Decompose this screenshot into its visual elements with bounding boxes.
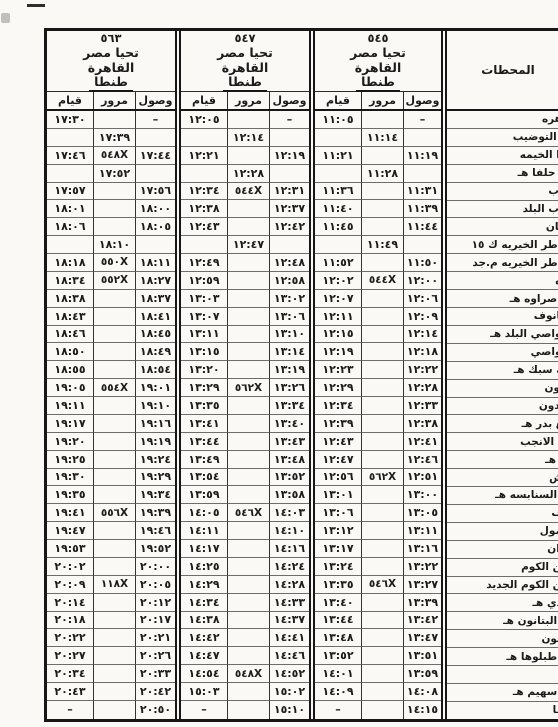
- arrive-time-cell: ١٨:٤٥: [136, 326, 175, 344]
- station-name: شما هـ: [545, 454, 558, 466]
- column-header-depart: قيام: [181, 92, 228, 109]
- station-row: كفر طبلوها هـ: [447, 648, 558, 666]
- arrive-time-cell: ١٤:٢٨: [270, 576, 309, 594]
- depart-time-cell: ١٣:٠٣: [181, 290, 228, 308]
- crossing-cell: [362, 504, 404, 522]
- depart-time-cell: [181, 236, 228, 254]
- arrive-time-cell: –: [404, 111, 441, 129]
- depart-time-cell: ١٧:٣٠: [47, 111, 94, 129]
- crossing-cell: ٥٥٢X: [94, 272, 136, 290]
- crossing-cell: ٥٥٤X: [94, 379, 136, 397]
- station-row: شلقان: [447, 218, 558, 236]
- train-header: ٥٤٥ تحيا مصر القاهرة طنطا: [315, 31, 441, 92]
- depart-time-cell: ١٣:٤٠: [315, 594, 362, 612]
- crossing-cell: [228, 254, 270, 272]
- crossing-cell: [362, 111, 404, 129]
- arrive-time-cell: ١٤:٠٣: [270, 504, 309, 522]
- depart-time-cell: ١٣:٢٩: [181, 379, 228, 397]
- arrive-time-cell: ١٢:٤٨: [270, 254, 309, 272]
- depart-time-cell: ١٩:٤١: [47, 504, 94, 522]
- depart-time-cell: ٢٠:١٤: [47, 594, 94, 612]
- scanned-timetable-page: ٥٦٣ تحيا مصر القاهرة طنطا قيام مرور وصول…: [0, 0, 558, 727]
- timetable-row: ١٤:٣٨١٤:٣٧: [181, 612, 309, 630]
- station-row: ميت حلفا هـ: [447, 165, 558, 183]
- arrive-time-cell: ١٤:٠٨: [404, 683, 441, 701]
- arrive-time-cell: ١٣:٤٧: [404, 629, 441, 647]
- timetable-row: ١٨:٤٦١٨:٤٥: [47, 326, 175, 344]
- crossing-cell: ١١:١٤: [362, 129, 404, 147]
- station-row: كفر السنابسه هـ: [447, 487, 558, 505]
- arrive-time-cell: ٢٠:٠٠: [136, 558, 175, 576]
- crossing-cell: [94, 558, 136, 576]
- subcolumn-headers: قيام مرور وصول: [47, 92, 175, 111]
- arrive-time-cell: ١٣:٢٦: [270, 379, 309, 397]
- train-header: ٥٤٧ تحيا مصر القاهرة طنطا: [181, 31, 309, 92]
- timetable-row: ١٩:٤٧١٩:٤٦: [47, 522, 175, 540]
- arrive-time-cell: [404, 165, 441, 183]
- timetable-row: ١١:٥٢١١:٥٠: [315, 254, 441, 272]
- crossing-cell: [228, 594, 270, 612]
- station-name: كفر السنابسه هـ: [495, 489, 558, 501]
- arrive-time-cell: ١١:٣٩: [404, 200, 441, 218]
- timetable-row: ١٢:٢١١٢:١٩: [181, 147, 309, 165]
- timetable: ٥٦٣ تحيا مصر القاهرة طنطا قيام مرور وصول…: [44, 28, 558, 722]
- station-row: القناطر الخيريه م.جد: [447, 254, 558, 272]
- timetable-row: ١٣:١٢١٣:١١: [315, 522, 441, 540]
- timetable-row: ٢٠:١٨٢٠:١٧: [47, 612, 175, 630]
- timetable-row: ١١:٠٥–: [315, 111, 441, 129]
- depart-time-cell: ١٣:٠٦: [315, 504, 362, 522]
- arrive-time-cell: ١٤:٤٦: [270, 647, 309, 665]
- timetable-row: ١٧:٤٦٥٤٨X١٧:٤٤: [47, 147, 175, 165]
- arrive-time-cell: ١٤:٥٢: [270, 665, 309, 683]
- depart-time-cell: ٢٠:٠٢: [47, 558, 94, 576]
- depart-time-cell: ١٢:٠٢: [315, 272, 362, 290]
- arrive-time-cell: ١٢:٥١: [404, 469, 441, 487]
- crossing-cell: [94, 415, 136, 433]
- arrive-time-cell: ١٤:٣٧: [270, 612, 309, 630]
- timetable-row: ١٨:٠١١٨:٠٠: [47, 200, 175, 218]
- timetable-row: ١٢:١٩١٢:١٨: [315, 343, 441, 361]
- depart-time-cell: ١٢:٢١: [181, 147, 228, 165]
- station-row: الحلواصي: [447, 344, 558, 362]
- station-row: القناطر الخيريه ك ١٥: [447, 236, 558, 254]
- crossing-cell: [228, 433, 270, 451]
- station-row: منوش: [447, 469, 558, 487]
- depart-time-cell: [315, 236, 362, 254]
- subcolumn-headers: قيام مرور وصول: [315, 92, 441, 111]
- station-name: سمادون: [539, 400, 558, 412]
- arrive-time-cell: ١٣:١٠: [270, 326, 309, 344]
- depart-time-cell: ١٩:٣٠: [47, 469, 94, 487]
- timetable-row: ١١:٤٩: [315, 236, 441, 254]
- depart-time-cell: ١٨:٣٤: [47, 272, 94, 290]
- column-header-pass: مرور: [94, 92, 136, 109]
- crossing-cell: [228, 111, 270, 129]
- train-name: تحيا مصر: [83, 45, 139, 60]
- arrive-time-cell: ٢٠:٣٣: [136, 665, 175, 683]
- depart-time-cell: ١٩:٢٥: [47, 451, 94, 469]
- arrive-time-cell: ١٤:٣٣: [270, 594, 309, 612]
- crossing-cell: [362, 415, 404, 433]
- depart-time-cell: ١٣:٤٤: [315, 612, 362, 630]
- arrive-time-cell: [404, 236, 441, 254]
- timetable-row: ١٣:٥٤١٣:٥٢: [181, 469, 309, 487]
- train-column-545: ٥٤٥ تحيا مصر القاهرة طنطا قيام مرور وصول…: [315, 31, 447, 719]
- depart-time-cell: ١٣:٠١: [315, 486, 362, 504]
- timetable-row: ١٤:٣٤١٤:٣٣: [181, 594, 309, 612]
- crossing-cell: ١٨:١٠: [94, 236, 136, 254]
- arrive-time-cell: ١٢:٤١: [404, 433, 441, 451]
- crossing-cell: [228, 290, 270, 308]
- depart-time-cell: ١٩:٠٥: [47, 379, 94, 397]
- depart-time-cell: ١٣:٥٤: [181, 469, 228, 487]
- depart-time-cell: ٢٠:١٨: [47, 612, 94, 630]
- station-name: قليوب البلد: [523, 203, 558, 215]
- depart-time-cell: ١٤:٢٥: [181, 558, 228, 576]
- crossing-cell: ٥٦٢X: [228, 379, 270, 397]
- depart-time-cell: [181, 129, 228, 147]
- depart-time-cell: ١٤:٢٩: [181, 576, 228, 594]
- crossing-cell: [228, 415, 270, 433]
- depart-time-cell: [47, 236, 94, 254]
- timetable-row: ٢٠:٠٩١١٨X٢٠:٠٥: [47, 576, 175, 594]
- depart-time-cell: ١٣:٤٩: [181, 451, 228, 469]
- depart-time-cell: ١٤:٠٥: [181, 504, 228, 522]
- station-name: شبين الكوم: [521, 561, 558, 573]
- depart-time-cell: [181, 165, 228, 183]
- crossing-cell: [94, 433, 136, 451]
- depart-time-cell: ١٩:٥٣: [47, 540, 94, 558]
- station-name: القاهره: [542, 113, 558, 125]
- depart-time-cell: ١٤:١١: [181, 522, 228, 540]
- station-row: الحلواصي البلد هـ: [447, 326, 558, 344]
- depart-time-cell: ١٣:٤٨: [315, 629, 362, 647]
- crossing-cell: [94, 540, 136, 558]
- arrive-time-cell: ١٣:٢٧: [404, 576, 441, 594]
- crossing-cell: ٥٥٦X: [94, 504, 136, 522]
- depart-time-cell: ١٣:٥٩: [181, 486, 228, 504]
- train-destination: طنطا: [223, 75, 267, 92]
- arrive-time-cell: ١٣:١٤: [270, 343, 309, 361]
- crossing-cell: [228, 218, 270, 236]
- timetable-row: ١٩:٣٠١٩:٢٩: [47, 469, 175, 487]
- timetable-row: ١٢:٠٢٥٤٤X١٢:٠٠: [315, 272, 441, 290]
- depart-time-cell: –: [315, 701, 362, 719]
- arrive-time-cell: ١٢:١٨: [404, 343, 441, 361]
- depart-time-cell: ١٣:٣٥: [315, 576, 362, 594]
- column-header-arrive: وصول: [270, 92, 309, 109]
- depart-time-cell: ١٤:٠٩: [315, 683, 362, 701]
- arrive-time-cell: ١٣:١٦: [404, 540, 441, 558]
- timetable-row: ٢٠:١٤٢٠:١٢: [47, 594, 175, 612]
- depart-time-cell: ١٢:١٩: [315, 343, 362, 361]
- crossing-cell: [362, 683, 404, 701]
- timetable-row: ١٤:٤٢١٤:٤١: [181, 629, 309, 647]
- station-row: قليوب البلد: [447, 201, 558, 219]
- crossing-cell: [94, 308, 136, 326]
- crossing-cell: [362, 451, 404, 469]
- depart-time-cell: ١٣:١١: [181, 326, 228, 344]
- crossing-cell: [228, 522, 270, 540]
- depart-time-cell: ١٨:٥٥: [47, 361, 94, 379]
- crossing-cell: [362, 218, 404, 236]
- arrive-time-cell: ١٧:٥٦: [136, 183, 175, 201]
- arrive-time-cell: ١٢:٣٧: [270, 200, 309, 218]
- arrive-time-cell: ١٤:٤١: [270, 629, 309, 647]
- arrive-time-cell: ١٢:٥٨: [270, 272, 309, 290]
- train-origin: القاهرة: [222, 60, 269, 75]
- crossing-cell: ٥٦٢X: [362, 469, 404, 487]
- timetable-row: ١٩:٣٥١٩:٣٤: [47, 486, 175, 504]
- crossing-cell: [228, 612, 270, 630]
- arrive-time-cell: ١٨:٤٩: [136, 343, 175, 361]
- crossing-cell: ١٢:٤٧: [228, 236, 270, 254]
- timetable-row: ١٣:٣٥٥٤٦X١٣:٢٧: [315, 576, 441, 594]
- depart-time-cell: ١٨:٠٦: [47, 218, 94, 236]
- arrive-time-cell: ١٢:١٤: [404, 326, 441, 344]
- column-header-depart: قيام: [47, 92, 94, 109]
- depart-time-cell: ١١:٣٦: [315, 183, 362, 201]
- arrive-time-cell: ٢٠:٢٦: [136, 647, 175, 665]
- arrive-time-cell: ١١:٣١: [404, 183, 441, 201]
- depart-time-cell: ١٢:٣٨: [181, 200, 228, 218]
- train-number: ٥٤٥: [367, 31, 388, 45]
- crossing-cell: [228, 486, 270, 504]
- depart-time-cell: ١٥:٠٣: [181, 683, 228, 701]
- timetable-row: ١١:٤٥١١:٤٤: [315, 218, 441, 236]
- depart-time-cell: ١٢:٤٣: [181, 218, 228, 236]
- station-name: الحلواصي: [531, 346, 558, 358]
- timetable-row: –١٥:١٠: [181, 701, 309, 719]
- arrive-time-cell: ٢٠:٠٥: [136, 576, 175, 594]
- arrive-time-cell: ١٨:٣٧: [136, 290, 175, 308]
- timetable-row: ٢٠:٠٢٢٠:٠٠: [47, 558, 175, 576]
- crossing-cell: [362, 308, 404, 326]
- depart-time-cell: [47, 129, 94, 147]
- timetable-row: ١٩:١١١٩:١٠: [47, 397, 175, 415]
- crossing-cell: [362, 254, 404, 272]
- timetable-row: ١١:٢١١١:١٩: [315, 147, 441, 165]
- crossing-cell: [362, 290, 404, 308]
- crossing-cell: [362, 486, 404, 504]
- timetable-row: ١١:٣٦١١:٣١: [315, 183, 441, 201]
- train-name: تحيا مصر: [217, 45, 273, 60]
- crossing-cell: [362, 665, 404, 683]
- arrive-time-cell: ١٣:٠٠: [404, 486, 441, 504]
- timetable-row: ١٣:٥٩١٣:٥٨: [181, 486, 309, 504]
- depart-time-cell: ١٨:١٨: [47, 254, 94, 272]
- arrive-time-cell: ١٣:١٩: [270, 361, 309, 379]
- station-name: شلقان: [546, 221, 558, 233]
- timetable-row: ١٣:٠١١٣:٠٠: [315, 486, 441, 504]
- arrive-time-cell: ١٢:٤٦: [404, 451, 441, 469]
- train-number: ٥٦٣: [100, 31, 121, 45]
- crossing-cell: [94, 486, 136, 504]
- station-row: شنوان: [447, 541, 558, 559]
- depart-time-cell: ١٢:٥٩: [181, 272, 228, 290]
- depart-time-cell: ١١:٥٢: [315, 254, 362, 272]
- scan-mark: [27, 4, 45, 7]
- arrive-time-cell: ١٨:٢٧: [136, 272, 175, 290]
- station-name: كفر سهيم هـ: [513, 686, 558, 698]
- timetable-row: ١٣:٤١١٣:٤٠: [181, 415, 309, 433]
- depart-time-cell: [47, 165, 94, 183]
- depart-time-cell: ١٢:٣٤: [315, 397, 362, 415]
- arrive-time-cell: ١٤:١٠: [270, 522, 309, 540]
- depart-time-cell: ١٧:٥٧: [47, 183, 94, 201]
- timetable-row: ١٢:١١١٢:٠٩: [315, 308, 441, 326]
- column-header-arrive: وصول: [404, 92, 441, 109]
- station-name: مقتدي هـ: [532, 597, 558, 609]
- timetable-row: ١٢:٢٨: [181, 165, 309, 183]
- timetable-row: ١٩:٢٠١٩:١٩: [47, 433, 175, 451]
- arrive-time-cell: [270, 165, 309, 183]
- arrive-time-cell: ١٢:٣١: [270, 183, 309, 201]
- crossing-cell: ١٧:٥٢: [94, 165, 136, 183]
- timetable-row: ١١:١٤: [315, 129, 441, 147]
- crossing-cell: [228, 397, 270, 415]
- station-row: كفر البتانون هـ: [447, 612, 558, 630]
- arrive-time-cell: ١٣:١١: [404, 522, 441, 540]
- crossing-cell: [362, 397, 404, 415]
- station-name: كفر طبلوها هـ: [506, 651, 558, 663]
- crossing-cell: [94, 183, 136, 201]
- timetable-row: ١٣:٤٤١٣:٤٢: [315, 612, 441, 630]
- arrive-time-cell: ١٩:٢٤: [136, 451, 175, 469]
- depart-time-cell: ٢٠:٠٩: [47, 576, 94, 594]
- arrive-time-cell: ١٣:٤٣: [270, 433, 309, 451]
- station-name: فرع التوضيب: [513, 131, 558, 143]
- arrive-time-cell: ١٩:٣٩: [136, 504, 175, 522]
- station-row: رمله الانجب: [447, 433, 558, 451]
- crossing-cell: [94, 683, 136, 701]
- arrive-time-cell: ٢٠:٤٢: [136, 683, 175, 701]
- crossing-cell: [228, 647, 270, 665]
- crossing-cell: ٥٥٠X: [94, 254, 136, 272]
- depart-time-cell: ١٧:٤٦: [47, 147, 94, 165]
- timetable-row: ١٧:٥٢: [47, 165, 175, 183]
- depart-time-cell: [315, 165, 362, 183]
- arrive-time-cell: ١٣:٣٤: [270, 397, 309, 415]
- arrive-time-cell: ٢٠:٢١: [136, 629, 175, 647]
- station-row: كفر صراوه هـ: [447, 290, 558, 308]
- timetable-row: ٢٠:٣٤٢٠:٣٣: [47, 665, 175, 683]
- arrive-time-cell: ١٣:٤٢: [404, 612, 441, 630]
- arrive-time-cell: ١٢:١٩: [270, 147, 309, 165]
- crossing-cell: [94, 469, 136, 487]
- arrive-time-cell: ١٣:٤٨: [270, 451, 309, 469]
- depart-time-cell: ١٤:١٧: [181, 540, 228, 558]
- station-row: شطانوف: [447, 308, 558, 326]
- station-row: ميد: [447, 666, 558, 684]
- arrive-time-cell: [404, 129, 441, 147]
- timetable-row: ١٨:٣٤٥٥٢X١٨:٢٧: [47, 272, 175, 290]
- station-name: كفر البتانون هـ: [503, 615, 558, 627]
- station-name: رمله الانجب: [520, 436, 558, 448]
- timetable-row: ١٨:٥٠١٨:٤٩: [47, 343, 175, 361]
- stations-header: المحطات: [447, 31, 558, 111]
- depart-time-cell: [315, 129, 362, 147]
- station-row: كفر سهيم هـ: [447, 684, 558, 702]
- timetable-row: ١٢:٣٤٥٤٤X١٢:٣١: [181, 183, 309, 201]
- depart-time-cell: ١٢:٢٣: [315, 361, 362, 379]
- arrive-time-cell: ١٣:٥٩: [404, 665, 441, 683]
- station-name: منوف: [551, 507, 558, 519]
- train-destination: طنطا: [356, 75, 400, 92]
- depart-time-cell: ١٤:٣٤: [181, 594, 228, 612]
- train-column-563: ٥٦٣ تحيا مصر القاهرة طنطا قيام مرور وصول…: [47, 31, 181, 719]
- arrive-time-cell: ١٢:٣٨: [404, 415, 441, 433]
- timetable-row: ١٨:١٨٥٥٠X١٨:١١: [47, 254, 175, 272]
- depart-time-cell: ١٨:٤٦: [47, 326, 94, 344]
- subcolumn-headers: قيام مرور وصول: [181, 92, 309, 111]
- arrive-time-cell: ١٩:٥٢: [136, 540, 175, 558]
- crossing-cell: ٥٤٨X: [94, 147, 136, 165]
- crossing-cell: [94, 111, 136, 129]
- station-row: البتانون: [447, 630, 558, 648]
- arrive-time-cell: ١٣:٥١: [404, 647, 441, 665]
- crossing-cell: [362, 326, 404, 344]
- arrive-time-cell: ١٢:٠٦: [404, 290, 441, 308]
- crossing-cell: [362, 594, 404, 612]
- timetable-row: ٢٠:٢٧٢٠:٢٦: [47, 647, 175, 665]
- timetable-row: ١٤:١١١٤:١٠: [181, 522, 309, 540]
- depart-time-cell: ١١:٠٥: [315, 111, 362, 129]
- depart-time-cell: ١٣:٤١: [181, 415, 228, 433]
- station-name: شطانوف: [534, 310, 558, 322]
- arrive-time-cell: ١٤:٢٤: [270, 558, 309, 576]
- depart-time-cell: ١٤:٤٢: [181, 629, 228, 647]
- train-number: ٥٤٧: [234, 31, 255, 45]
- arrive-time-cell: ١٣:٠٥: [404, 504, 441, 522]
- depart-time-cell: ١٤:٥٤: [181, 665, 228, 683]
- crossing-cell: [94, 343, 136, 361]
- timetable-row: ١٣:١١١٣:١٠: [181, 326, 309, 344]
- arrive-time-cell: ١٢:٤٢: [270, 218, 309, 236]
- crossing-cell: ٥٤٨X: [228, 665, 270, 683]
- crossing-cell: [228, 683, 270, 701]
- crossing-cell: ١١٨X: [94, 576, 136, 594]
- train-name: تحيا مصر: [350, 45, 406, 60]
- arrive-time-cell: ١٩:٤٦: [136, 522, 175, 540]
- arrive-time-cell: ١٣:٥٨: [270, 486, 309, 504]
- station-row: مروه: [447, 272, 558, 290]
- crossing-cell: ١٧:٣٩: [94, 129, 136, 147]
- timetable-row: ١٢:١٤: [181, 129, 309, 147]
- timetable-row: ١٤:٢٩١٤:٢٨: [181, 576, 309, 594]
- station-row: شما هـ: [447, 451, 558, 469]
- timetable-row: ١٣:٤٨١٣:٤٧: [315, 629, 441, 647]
- crossing-cell: [94, 218, 136, 236]
- crossing-cell: [228, 308, 270, 326]
- arrive-time-cell: ١٩:١٦: [136, 415, 175, 433]
- crossing-cell: [228, 701, 270, 719]
- depart-time-cell: ١٣:٣٥: [181, 397, 228, 415]
- crossing-cell: [362, 147, 404, 165]
- timetable-row: ١٣:٠٧١٣:٠٦: [181, 308, 309, 326]
- depart-time-cell: –: [181, 701, 228, 719]
- depart-time-cell: ١٣:٢٤: [315, 558, 362, 576]
- arrive-time-cell: ١٨:٠٥: [136, 218, 175, 236]
- depart-time-cell: ٢٠:٤٣: [47, 683, 94, 701]
- station-row: اشمون: [447, 380, 558, 398]
- depart-time-cell: ١٣:١٢: [315, 522, 362, 540]
- arrive-time-cell: ١٨:٥٤: [136, 361, 175, 379]
- arrive-time-cell: [270, 236, 309, 254]
- arrive-time-cell: ١٧:٤٤: [136, 147, 175, 165]
- timetable-row: ١٥:٠٣١٥:٠٢: [181, 683, 309, 701]
